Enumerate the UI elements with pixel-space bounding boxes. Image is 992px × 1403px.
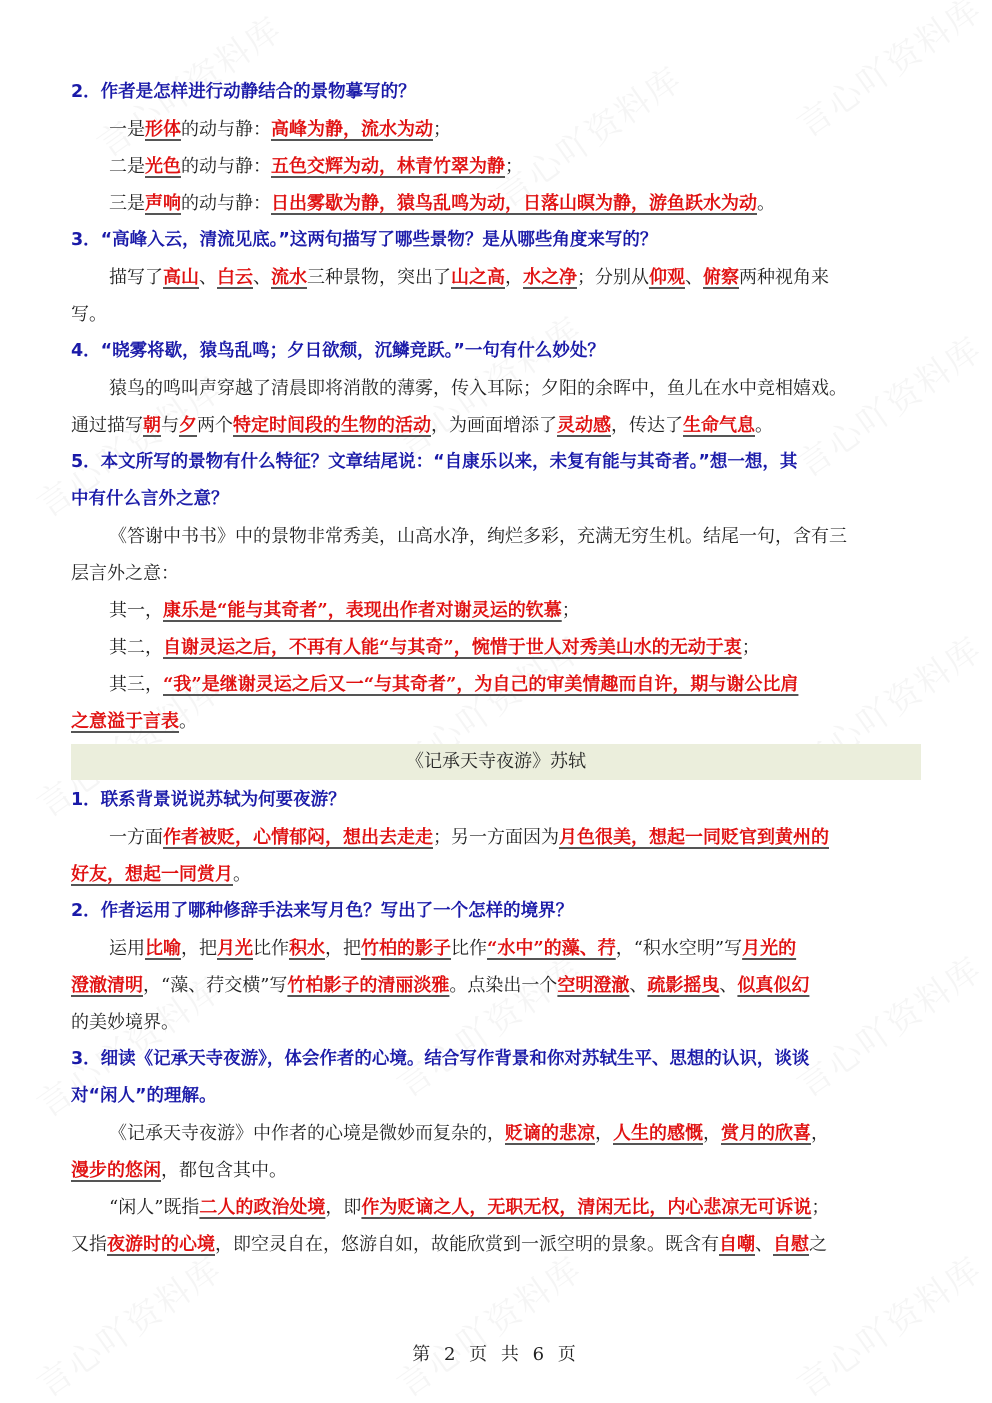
text: 、 — [629, 975, 647, 996]
answer-highlight: 高山 — [163, 267, 199, 288]
answer-line: 其三，“我”是继谢灵运之后又一“与其奇者”，为自己的审美情趣而自许，期与谢公比肩 — [71, 666, 921, 703]
answer-line: 漫步的悠闲，都包含其中。 — [71, 1152, 921, 1189]
answer-highlight: 朝 — [143, 415, 161, 436]
text: 。 — [179, 711, 197, 732]
answer-line: 通过描写朝与夕两个特定时间段的生物的活动，为画面增添了灵动感，传达了生命气息。 — [71, 407, 921, 444]
answer-highlight: 自嘲 — [719, 1234, 755, 1255]
answer-highlight: 贬谪的悲凉 — [505, 1123, 595, 1144]
text: 其二， — [109, 637, 163, 658]
text: 的动与静： — [181, 119, 271, 140]
question-heading: 5．本文所写的景物有什么特征？文章结尾说：“自康乐以来，未复有能与其奇者。”想一… — [71, 444, 921, 481]
answer-highlight: 漫步的悠闲 — [71, 1160, 161, 1181]
text: 两种视角来 — [739, 267, 829, 288]
text: ； — [433, 119, 451, 140]
text: ，“藻、荇交横”写 — [143, 975, 287, 996]
answer-highlight: 竹柏影子的清丽淡雅 — [287, 975, 449, 996]
answer-highlight: 竹柏的影子 — [361, 938, 451, 959]
text: 一是 — [109, 119, 145, 140]
answer-highlight: “水中”的藻、荇 — [487, 938, 616, 959]
text: 描写了 — [109, 267, 163, 288]
text: 其三， — [109, 674, 163, 695]
watermark: 言心吖资料库 — [25, 1242, 230, 1403]
answer-line: 三是声响的动与静：日出雾歇为静，猿鸟乱鸣为动，日落山暝为静，游鱼跃水为动。 — [71, 185, 921, 222]
text: ， — [595, 1123, 613, 1144]
text: 的动与静： — [181, 156, 271, 177]
text: ， — [505, 267, 523, 288]
text: ，为画面增添了 — [431, 415, 557, 436]
answer-line: 一方面作者被贬，心情郁闷，想出去走走；另一方面因为月色很美，想起一同贬官到黄州的 — [71, 819, 921, 856]
text: 三是 — [109, 193, 145, 214]
text: ， — [811, 1123, 829, 1144]
answer-highlight: 作为贬谪之人，无职无权，清闲无比，内心悲凉无可诉说 — [361, 1197, 811, 1218]
answer-highlight: 白云 — [217, 267, 253, 288]
answer-line: 一是形体的动与静：高峰为静，流水为动； — [71, 111, 921, 148]
answer-highlight: 灵动感 — [557, 415, 611, 436]
answer-highlight: 声响 — [145, 193, 181, 214]
text: ， — [703, 1123, 721, 1144]
answer-highlight: 夜游时的心境 — [107, 1234, 215, 1255]
text: 。点染出一个 — [449, 975, 557, 996]
section-title: 《记承天寺夜游》苏轼 — [71, 744, 921, 780]
text: 与 — [161, 415, 179, 436]
answer-line: “闲人”既指二人的政治处境，即作为贬谪之人，无职无权，清闲无比，内心悲凉无可诉说… — [71, 1189, 921, 1226]
text: 。 — [755, 415, 773, 436]
text: 《记承天寺夜游》中作者的心境是微妙而复杂的， — [109, 1123, 505, 1144]
answer-line: 《答谢中书书》中的景物非常秀美，山高水净，绚烂多彩，充满无穷生机。结尾一句，含有… — [71, 518, 921, 555]
answer-highlight: 形体 — [145, 119, 181, 140]
answer-line: 的美妙境界。 — [71, 1004, 921, 1041]
text: 一方面 — [109, 827, 163, 848]
answer-line: 又指夜游时的心境，即空灵自在，悠游自如，故能欣赏到一派空明的景象。既含有自嘲、自… — [71, 1226, 921, 1263]
text: 之 — [809, 1234, 827, 1255]
text: ，“积水空明”写 — [616, 938, 742, 959]
answer-highlight: 生命气息 — [683, 415, 755, 436]
answer-line: 二是光色的动与静：五色交辉为动，林青竹翠为静； — [71, 148, 921, 185]
answer-highlight: 山之高 — [451, 267, 505, 288]
answer-highlight: 高峰为静，流水为动 — [271, 119, 433, 140]
answer-highlight: 自慰 — [773, 1234, 809, 1255]
answer-highlight: 二人的政治处境 — [199, 1197, 325, 1218]
question-heading: 中有什么言外之意？ — [71, 481, 921, 518]
text: 、 — [755, 1234, 773, 1255]
answer-highlight: 积水 — [289, 938, 325, 959]
text: 运用 — [109, 938, 145, 959]
answer-highlight: 似真似幻 — [737, 975, 809, 996]
text: 比作 — [451, 938, 487, 959]
text: ，把 — [181, 938, 217, 959]
text: 其一， — [109, 600, 163, 621]
text: 比作 — [253, 938, 289, 959]
text: ；分别从 — [577, 267, 649, 288]
text: 。 — [757, 193, 775, 214]
answer-highlight: 五色交辉为动，林青竹翠为静 — [271, 156, 505, 177]
text: “闲人”既指 — [109, 1197, 199, 1218]
answer-highlight: 康乐是“能与其奇者”，表现出作者对谢灵运的钦慕 — [163, 600, 562, 621]
answer-highlight: 光色 — [145, 156, 181, 177]
answer-highlight: 之意溢于言表 — [71, 711, 179, 732]
text: ，把 — [325, 938, 361, 959]
text: 、 — [685, 267, 703, 288]
question-heading: 1．联系背景说说苏轼为何要夜游？ — [71, 782, 921, 819]
text: 二是 — [109, 156, 145, 177]
answer-highlight: 疏影摇曳 — [647, 975, 719, 996]
answer-line: 其二，自谢灵运之后，不再有人能“与其奇”，惋惜于世人对秀美山水的无动于衷； — [71, 629, 921, 666]
question-heading: 3．“高峰入云，清流见底。”这两句描写了哪些景物？是从哪些角度来写的？ — [71, 222, 921, 259]
text: ； — [505, 156, 523, 177]
text: 、 — [199, 267, 217, 288]
answer-highlight: 人生的感慨 — [613, 1123, 703, 1144]
answer-highlight: 水之净 — [523, 267, 577, 288]
text: 、 — [719, 975, 737, 996]
answer-highlight: 流水 — [271, 267, 307, 288]
answer-highlight: 赏月的欣喜 — [721, 1123, 811, 1144]
answer-highlight: 俯察 — [703, 267, 739, 288]
answer-highlight: 比喻 — [145, 938, 181, 959]
text: 三种景物，突出了 — [307, 267, 451, 288]
answer-line: 写。 — [71, 296, 921, 333]
answer-highlight: 仰观 — [649, 267, 685, 288]
page-number: 第 2 页 共 6 页 — [0, 1340, 992, 1366]
answer-line: 猿鸟的鸣叫声穿越了清晨即将消散的薄雾，传入耳际；夕阳的余晖中，鱼儿在水中竞相嬉戏… — [71, 370, 921, 407]
text: 的动与静： — [181, 193, 271, 214]
text: ，即空灵自在，悠游自如，故能欣赏到一派空明的景象。既含有 — [215, 1234, 719, 1255]
answer-highlight: 空明澄澈 — [557, 975, 629, 996]
answer-line: 其一，康乐是“能与其奇者”，表现出作者对谢灵运的钦慕； — [71, 592, 921, 629]
answer-line: 运用比喻，把月光比作积水，把竹柏的影子比作“水中”的藻、荇，“积水空明”写月光的 — [71, 930, 921, 967]
answer-line: 描写了高山、白云、流水三种景物，突出了山之高，水之净；分别从仰观、俯察两种视角来 — [71, 259, 921, 296]
text: 两个 — [197, 415, 233, 436]
answer-highlight: 自谢灵运之后，不再有人能“与其奇”，惋惜于世人对秀美山水的无动于衷 — [163, 637, 742, 658]
watermark: 言心吖资料库 — [785, 1242, 990, 1403]
question-heading: 2．作者运用了哪种修辞手法来写月色？写出了一个怎样的境界？ — [71, 893, 921, 930]
answer-highlight: “我”是继谢灵运之后又一“与其奇者”，为自己的审美情趣而自许，期与谢公比肩 — [163, 674, 798, 695]
document-page: 2．作者是怎样进行动静结合的景物摹写的？ 一是形体的动与静：高峰为静，流水为动；… — [71, 74, 921, 1263]
question-heading: 4．“晓雾将歇，猿鸟乱鸣；夕日欲颓，沉鳞竞跃。”一句有什么妙处？ — [71, 333, 921, 370]
answer-line: 好友，想起一同赏月。 — [71, 856, 921, 893]
watermark: 言心吖资料库 — [385, 1242, 590, 1403]
question-heading: 对“闲人”的理解。 — [71, 1078, 921, 1115]
answer-highlight: 月光的 — [742, 938, 796, 959]
answer-highlight: 月色很美，想起一同贬官到黄州的 — [559, 827, 829, 848]
answer-line: 层言外之意： — [71, 555, 921, 592]
answer-line: 之意溢于言表。 — [71, 703, 921, 740]
text: 又指 — [71, 1234, 107, 1255]
text: ； — [562, 600, 580, 621]
text: ，传达了 — [611, 415, 683, 436]
question-heading: 2．作者是怎样进行动静结合的景物摹写的？ — [71, 74, 921, 111]
answer-highlight: 月光 — [217, 938, 253, 959]
answer-line: 《记承天寺夜游》中作者的心境是微妙而复杂的，贬谪的悲凉，人生的感慨，赏月的欣喜， — [71, 1115, 921, 1152]
text: ；另一方面因为 — [433, 827, 559, 848]
text: 通过描写 — [71, 415, 143, 436]
answer-highlight: 夕 — [179, 415, 197, 436]
answer-line: 澄澈清明，“藻、荇交横”写竹柏影子的清丽淡雅。点染出一个空明澄澈、疏影摇曳、似真… — [71, 967, 921, 1004]
text: ，都包含其中。 — [161, 1160, 287, 1181]
text: ； — [811, 1197, 829, 1218]
answer-highlight: 好友，想起一同赏月 — [71, 864, 233, 885]
text: 。 — [233, 864, 251, 885]
text: ； — [742, 637, 760, 658]
answer-highlight: 澄澈清明 — [71, 975, 143, 996]
answer-highlight: 作者被贬，心情郁闷，想出去走走 — [163, 827, 433, 848]
question-heading: 3．细读《记承天寺夜游》，体会作者的心境。结合写作背景和你对苏轼生平、思想的认识… — [71, 1041, 921, 1078]
text: ，即 — [325, 1197, 361, 1218]
answer-highlight: 特定时间段的生物的活动 — [233, 415, 431, 436]
text: 、 — [253, 267, 271, 288]
answer-highlight: 日出雾歇为静，猿鸟乱鸣为动，日落山暝为静，游鱼跃水为动 — [271, 193, 757, 214]
